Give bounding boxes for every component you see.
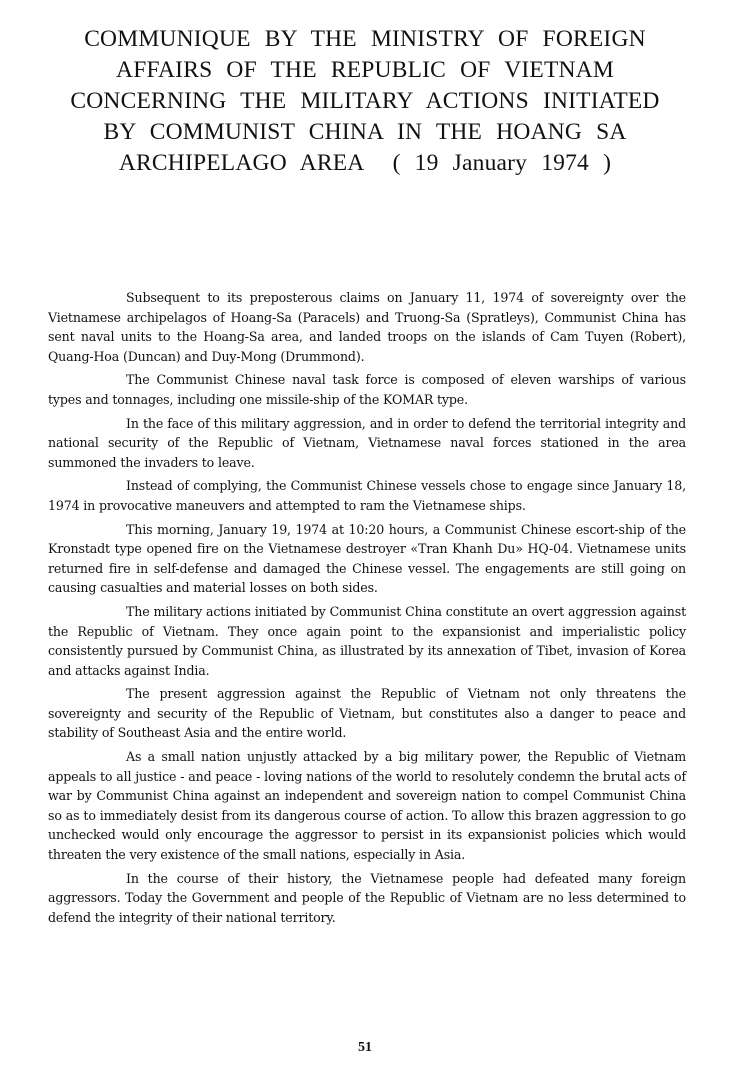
page-number: 51 — [0, 1040, 730, 1056]
paragraph: Subsequent to its preposterous claims on… — [48, 288, 686, 366]
title-area: ARCHIPELAGO AREA — [119, 150, 365, 176]
paragraph: The military actions initiated by Commun… — [48, 602, 686, 680]
title-line: AFFAIRS OF THE REPUBLIC OF VIETNAM — [20, 55, 710, 86]
title-date: ( 19 January 1974 ) — [393, 150, 612, 176]
title-line: COMMUNIQUE BY THE MINISTRY OF FOREIGN — [20, 24, 710, 55]
paragraph: In the face of this military aggression,… — [48, 414, 686, 473]
document-page: COMMUNIQUE BY THE MINISTRY OF FOREIGN AF… — [0, 0, 730, 1072]
title-line: ARCHIPELAGO AREA ( 19 January 1974 ) — [20, 148, 710, 179]
paragraph: The present aggression against the Repub… — [48, 684, 686, 743]
title-line: BY COMMUNIST CHINA IN THE HOANG SA — [20, 117, 710, 148]
document-title: COMMUNIQUE BY THE MINISTRY OF FOREIGN AF… — [20, 24, 710, 179]
title-line: CONCERNING THE MILITARY ACTIONS INITIATE… — [20, 86, 710, 117]
document-body: Subsequent to its preposterous claims on… — [48, 288, 686, 931]
paragraph: As a small nation unjustly attacked by a… — [48, 747, 686, 865]
paragraph: Instead of complying, the Communist Chin… — [48, 476, 686, 515]
paragraph: The Communist Chinese naval task force i… — [48, 370, 686, 409]
paragraph: In the course of their history, the Viet… — [48, 869, 686, 928]
paragraph: This morning, January 19, 1974 at 10:20 … — [48, 520, 686, 598]
